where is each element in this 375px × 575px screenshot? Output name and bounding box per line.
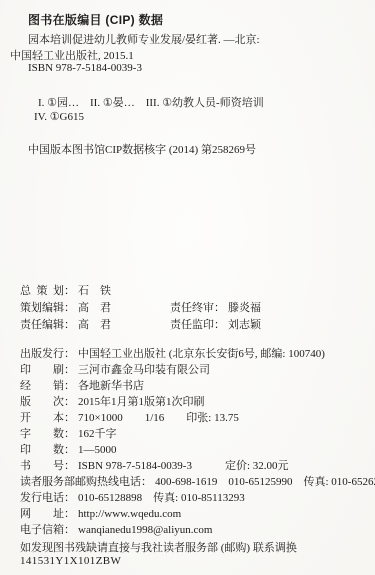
label-colon: ：	[64, 319, 75, 331]
imprint-value: 各地新华书店	[78, 380, 144, 392]
staff-row: 策划编辑：高 君	[20, 303, 111, 314]
label-colon: ：	[214, 302, 225, 314]
imprint-label: 电子信箱	[20, 525, 64, 536]
imprint-row-edition: 版次：2015年1月第1版第1次印刷	[20, 397, 375, 408]
imprint-value: 三河市鑫金马印装有限公司	[78, 364, 210, 376]
imprint-label: 书号	[20, 461, 64, 472]
cip-title-line: 园本培训促进幼儿教师专业发展/晏红著. —北京:	[28, 31, 260, 47]
staff-block-right: 责任终审：滕炎福 责任监印：刘志颖	[170, 303, 261, 337]
imprint-label: 经销	[20, 381, 64, 392]
imprint-value: 2015年1月第1版第1次印刷	[78, 396, 205, 408]
imprint-label: 印刷	[20, 365, 64, 376]
imprint-row-printrun: 印数：1—5000	[20, 445, 375, 456]
label-colon: ：	[64, 428, 75, 440]
label-colon: ：	[141, 476, 152, 488]
label-colon: ：	[64, 492, 75, 504]
label-colon: ：	[64, 508, 75, 520]
cip-publisher-line: 中国轻工业出版社, 2015.1	[10, 47, 134, 63]
staff-label: 责任终审	[170, 303, 214, 314]
imprint-row-website: 网址：http://www.wqedu.com	[20, 509, 375, 520]
label-colon: ：	[64, 412, 75, 424]
imprint-label: 印数	[20, 445, 64, 456]
staff-row: 责任监印：刘志颖	[170, 320, 261, 331]
imprint-value: 400-698-1619 010-65125990 传真: 010-652629…	[155, 476, 375, 488]
label-colon: ：	[64, 364, 75, 376]
imprint-label: 版次	[20, 397, 64, 408]
imprint-row-distributor: 经销：各地新华书店	[20, 381, 375, 392]
cip-index-line: I. ①园… II. ①晏… III. ①幼教人员-师资培训	[38, 94, 264, 110]
imprint-row-email: 电子信箱：wanqianedu1998@aliyun.com	[20, 525, 375, 536]
cip-class-line: IV. ①G615	[34, 110, 84, 123]
label-colon: ：	[64, 396, 75, 408]
staff-name: 高 君	[78, 302, 111, 314]
imprint-label: 读者服务部邮购热线电话	[20, 477, 141, 488]
imprint-value: 710×1000 1/16 印张: 13.75	[78, 412, 239, 424]
imprint-row-sales-phone: 发行电话：010-65128898 传真: 010-85113293	[20, 493, 375, 504]
staff-name: 高 君	[78, 319, 111, 331]
staff-row: 责任编辑：高 君	[20, 320, 111, 331]
imprint-label: 发行电话	[20, 493, 64, 504]
cip-isbn-line: ISBN 978-7-5184-0039-3	[28, 62, 142, 74]
label-colon: ：	[64, 380, 75, 392]
label-colon: ：	[64, 460, 75, 472]
imprint-row-publisher: 出版发行：中国轻工业出版社 (北京东长安街6号, 邮编: 100740)	[20, 349, 375, 360]
imprint-value: 1—5000	[78, 444, 117, 456]
staff-row: 责任终审：滕炎福	[170, 303, 261, 314]
print-code: 141531Y1X101ZBW	[20, 555, 121, 567]
staff-label: 责任编辑	[20, 320, 64, 331]
imprint-label: 网址	[20, 509, 64, 520]
label-colon: ：	[214, 319, 225, 331]
label-colon: ：	[64, 444, 75, 456]
imprint-value: 中国轻工业出版社 (北京东长安街6号, 邮编: 100740)	[78, 348, 325, 360]
staff-block-left: 总策划：石 铁 策划编辑：高 君 责任编辑：高 君	[20, 286, 111, 337]
imprint-value: 162千字	[78, 428, 117, 440]
imprint-value email-address: wanqianedu1998@aliyun.com	[78, 524, 212, 536]
cip-record-line: 中国版本图书馆CIP数据核字 (2014) 第258269号	[28, 141, 256, 157]
imprint-value website-url: http://www.wqedu.com	[78, 508, 181, 520]
imprint-row-hotline: 读者服务部邮购热线电话：400-698-1619 010-65125990 传真…	[20, 477, 375, 488]
imprint-label: 字数	[20, 429, 64, 440]
imprint-block: 出版发行：中国轻工业出版社 (北京东长安街6号, 邮编: 100740) 印刷：…	[20, 349, 375, 541]
label-colon: ：	[64, 302, 75, 314]
imprint-row-printer: 印刷：三河市鑫金马印装有限公司	[20, 365, 375, 376]
colophon-page: 图书在版编目 (CIP) 数据 园本培训促进幼儿教师专业发展/晏红著. —北京:…	[0, 0, 375, 575]
imprint-row-format: 开本：710×1000 1/16 印张: 13.75	[20, 413, 375, 424]
cip-heading: 图书在版编目 (CIP) 数据	[28, 11, 163, 28]
staff-row: 总策划：石 铁	[20, 286, 111, 297]
imprint-value: ISBN 978-7-5184-0039-3 定价: 32.00元	[78, 460, 289, 472]
staff-name: 刘志颖	[228, 319, 261, 331]
imprint-value: 010-65128898 传真: 010-85113293	[78, 492, 245, 504]
imprint-label: 开本	[20, 413, 64, 424]
imprint-row-isbn-price: 书号：ISBN 978-7-5184-0039-3 定价: 32.00元	[20, 461, 375, 472]
staff-label: 策划编辑	[20, 303, 64, 314]
staff-name: 滕炎福	[228, 302, 261, 314]
staff-label: 责任监印	[170, 320, 214, 331]
imprint-row-wordcount: 字数：162千字	[20, 429, 375, 440]
label-colon: ：	[64, 524, 75, 536]
label-colon: ：	[64, 348, 75, 360]
imprint-label: 出版发行	[20, 349, 64, 360]
staff-name: 石 铁	[78, 285, 111, 297]
exchange-notice: 如发现图书残缺请直接与我社读者服务部 (邮购) 联系调换	[20, 539, 297, 555]
label-colon: ：	[64, 285, 75, 297]
staff-label: 总策划	[20, 286, 64, 297]
